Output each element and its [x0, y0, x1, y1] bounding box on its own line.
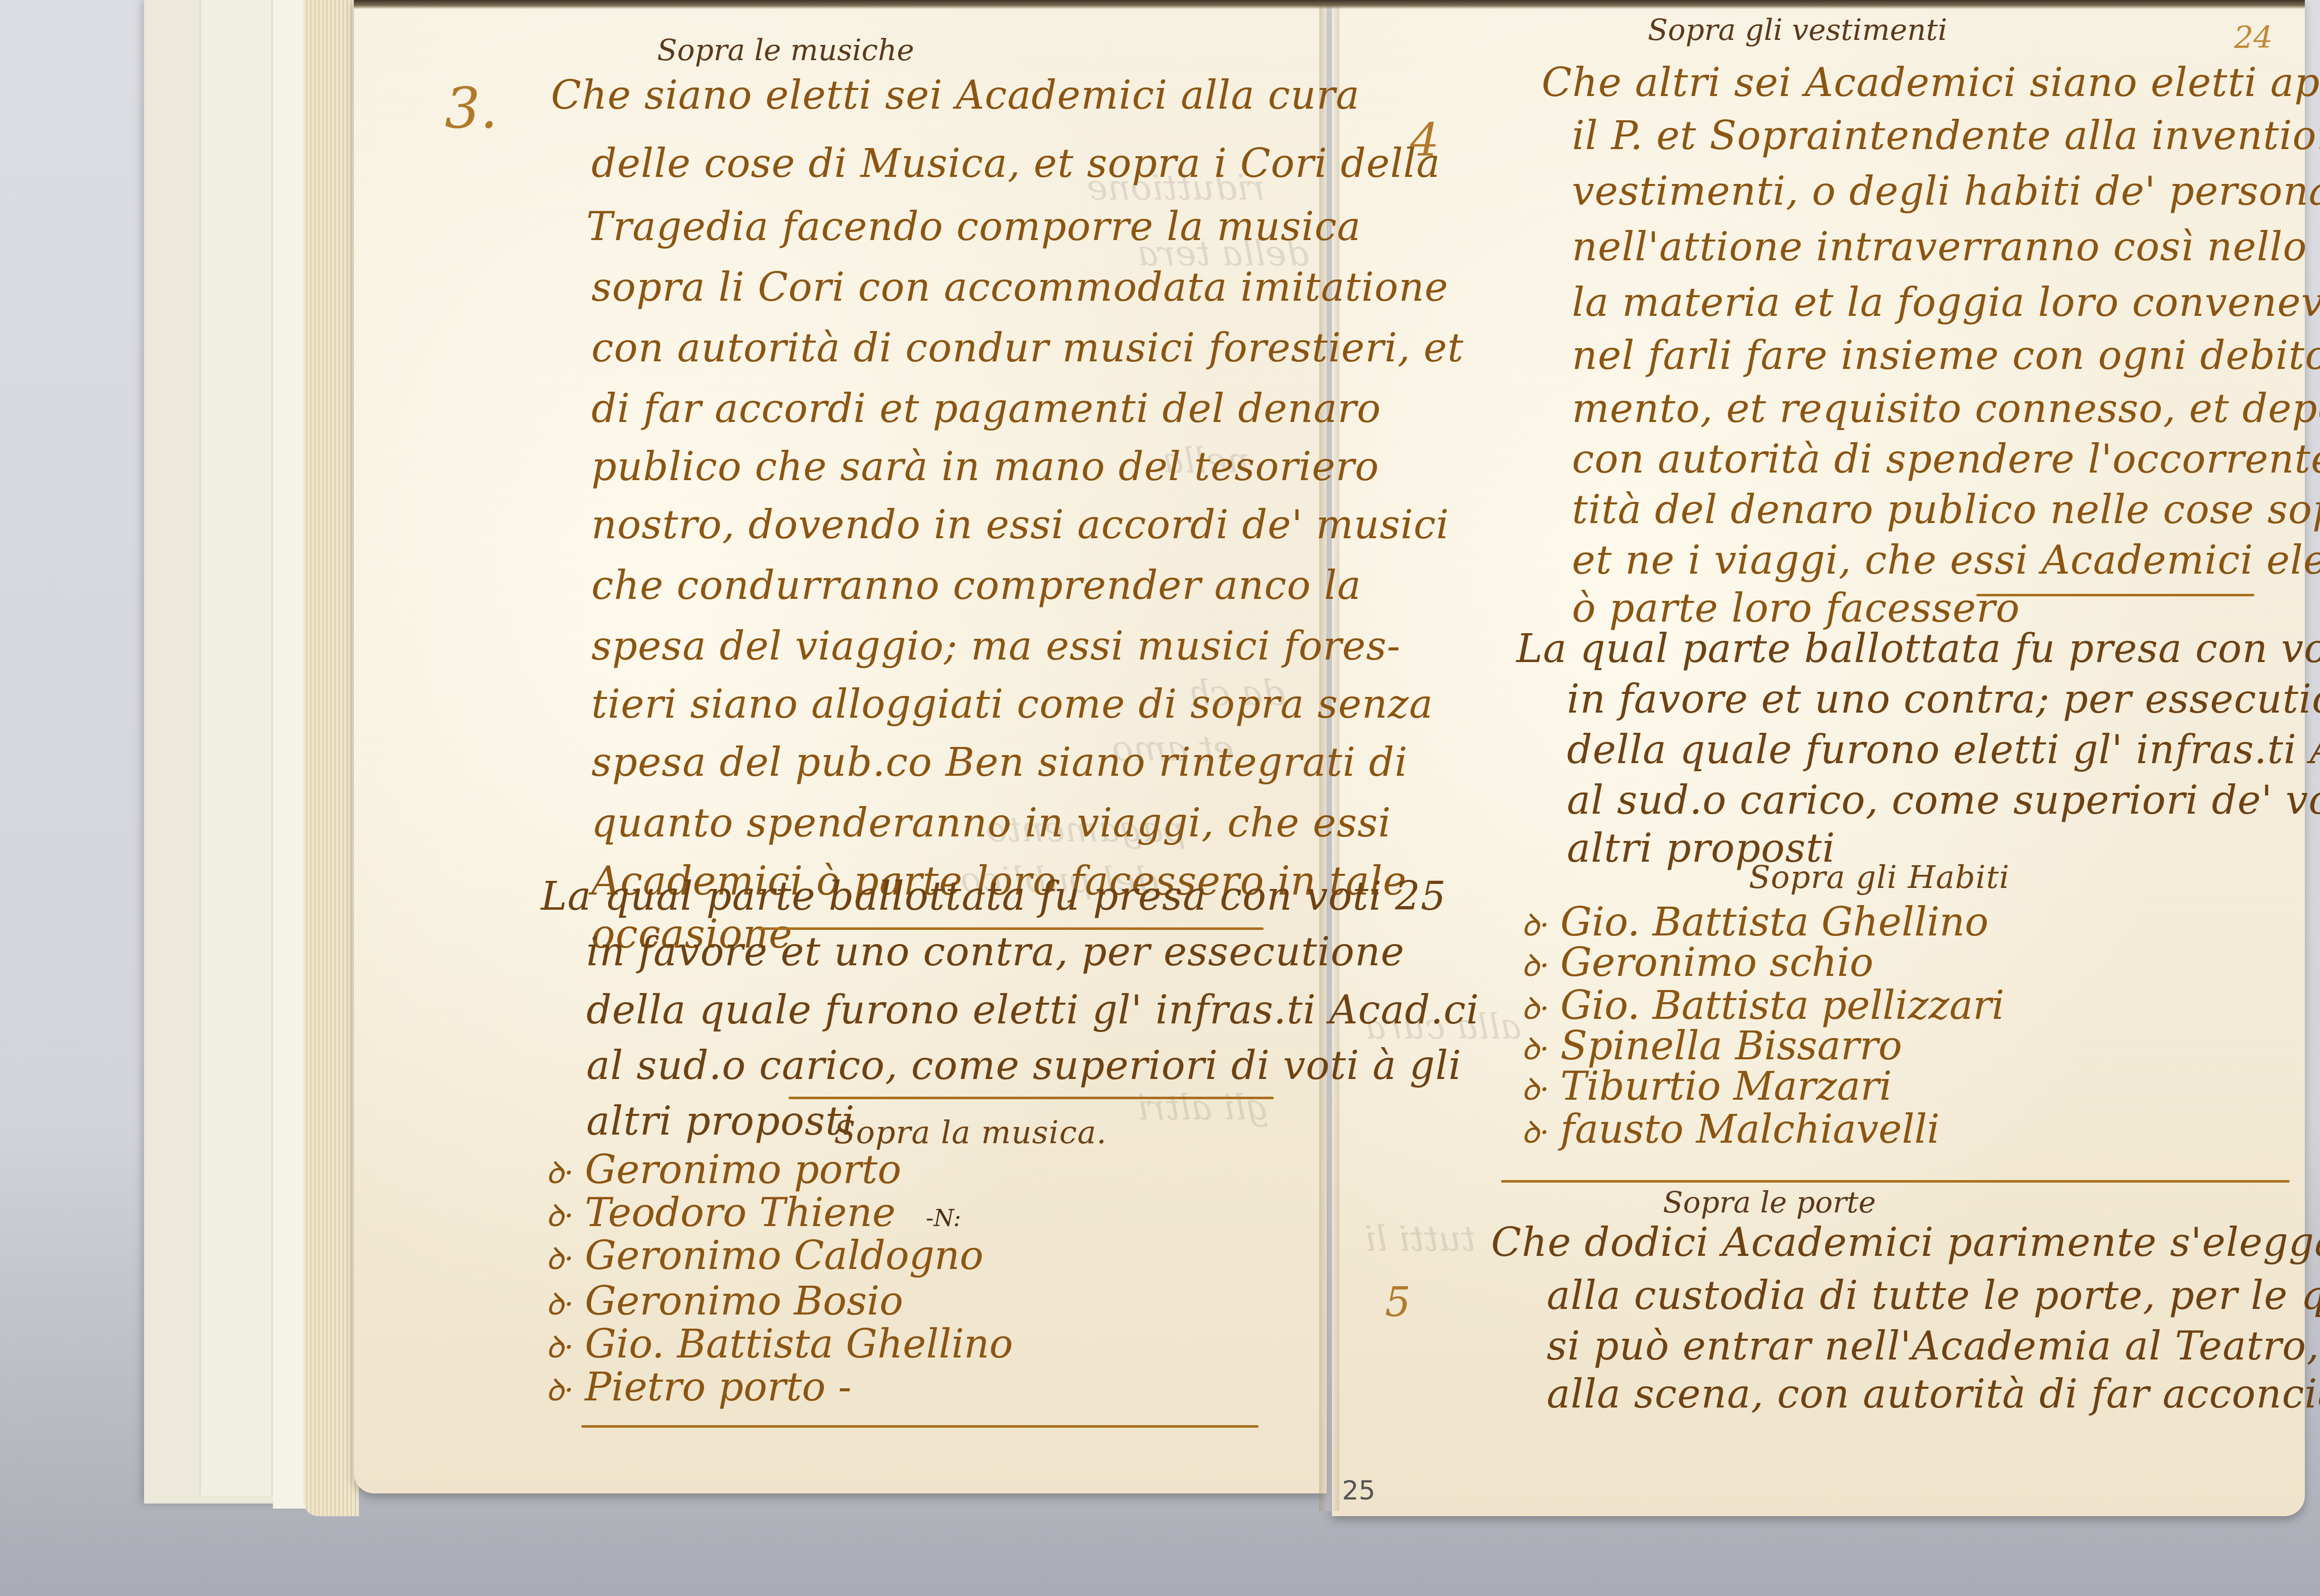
member-list-item: ꝺ· Geronimo Bosio	[546, 1279, 903, 1324]
left-para-line: Tragedia facendo comporre la musica	[586, 207, 1361, 247]
bullet-mark-icon: ꝺ·	[546, 1282, 574, 1324]
folio-number: 24	[2234, 20, 2272, 56]
right-para-line: con autorità di spendere l'occorrente qu…	[1572, 440, 2320, 479]
member-list-item: ꝺ· Teodoro Thiene -N:	[546, 1190, 961, 1236]
left-vote-line: al sud.o carico, come superiori di voti …	[586, 1046, 1462, 1086]
bullet-mark-icon: ꝺ·	[1521, 903, 1549, 945]
bullet-mark-icon: ꝺ·	[1521, 1027, 1549, 1068]
left-para-line: nostro, dovendo in essi accordi de' musi…	[591, 505, 1449, 545]
member-name: Geronimo Caldogno	[585, 1233, 984, 1279]
right-vote-line: della quale furono eletti gl' infras.ti …	[1567, 730, 2320, 770]
member-list-item: ꝺ· Geronimo Caldogno	[546, 1233, 984, 1279]
section5-line: alla scena, con autorità di far acconcia…	[1547, 1375, 2320, 1414]
right-header-note: Sopra gli vestimenti	[1648, 13, 1947, 47]
member-list-item: ꝺ· Gio. Battista Ghellino	[546, 1322, 1013, 1367]
member-name: Geronimo Bosio	[585, 1279, 903, 1324]
member-name: Pietro porto -	[585, 1365, 852, 1410]
bullet-mark-icon: ꝺ·	[1521, 944, 1549, 985]
book-endpaper	[200, 0, 272, 1496]
bleed-through-text: tutti li	[1365, 1218, 1475, 1259]
right-para-line: et ne i viaggi, che essi Academici elett…	[1572, 541, 2320, 580]
member-name: Spinella Bissarro	[1560, 1023, 1902, 1069]
member-name: Gio. Battista Ghellino	[1560, 900, 1988, 945]
left-para-line: spesa del viaggio; ma essi musici fores-	[591, 627, 1401, 666]
annotation-mark: -N:	[926, 1204, 961, 1232]
right-para-line: tità del denaro publico nelle cose sopra…	[1572, 490, 2320, 530]
section5-line: Che dodici Academici parimente s'eleggan…	[1491, 1223, 2320, 1262]
left-list-heading: Sopra la musica.	[834, 1117, 1107, 1148]
member-list-item: ꝺ· Geronimo porto	[546, 1147, 901, 1193]
right-para-line: vestimenti, o degli habiti de' personagg…	[1572, 172, 2320, 211]
bullet-mark-icon: ꝺ·	[1521, 1067, 1549, 1109]
member-list-item: ꝺ· Pietro porto -	[546, 1365, 852, 1410]
member-name: fausto Malchiavelli	[1560, 1107, 1939, 1152]
right-para-line: nel farli fare insieme con ogni debito o…	[1572, 336, 2320, 375]
left-para-line: Che siano eletti sei Academici alla cura	[551, 76, 1360, 115]
top-edge-shadow	[354, 0, 2305, 9]
bullet-mark-icon: ꝺ·	[546, 1237, 574, 1278]
bullet-mark-icon: ꝺ·	[1521, 987, 1549, 1028]
member-name: Tiburtio Marzari	[1560, 1064, 1892, 1109]
left-para-line: che condurranno comprender anco la	[591, 566, 1361, 605]
bullet-mark-icon: ꝺ·	[1521, 1110, 1549, 1152]
left-margin-number: 3.	[445, 76, 498, 140]
section-divider-rule	[1501, 1180, 2290, 1183]
left-vote-line: della quale furono eletti gl' infras.ti …	[586, 991, 1479, 1030]
section5-line: si può entrar nell'Academia al Teatro, e…	[1547, 1327, 2320, 1366]
right-vote-line: al sud.o carico, come superiori de' voti…	[1567, 781, 2320, 820]
right-para-line: ò parte loro facessero	[1572, 589, 2020, 628]
member-name: Teodoro Thiene	[585, 1190, 896, 1236]
member-list-item: ꝺ· Gio. Battista pellizzari	[1521, 983, 2004, 1028]
bullet-mark-icon: ꝺ·	[546, 1368, 574, 1410]
end-rule	[1976, 594, 2254, 596]
member-list-item: ꝺ· Gio. Battista Ghellino	[1521, 900, 1988, 945]
member-name: Gio. Battista pellizzari	[1560, 983, 2004, 1028]
right-vote-line: in favore et uno contra; per essecutione	[1567, 680, 2320, 719]
section5-margin-number: 5	[1385, 1279, 1411, 1326]
bullet-mark-icon: ꝺ·	[546, 1194, 574, 1235]
left-para-line: spesa del pub.co Ben siano rintegrati di	[591, 743, 1408, 782]
left-para-line: delle cose di Musica, et sopra i Cori de…	[591, 144, 1441, 183]
right-para-line: la materia et la foggia loro convenevole…	[1572, 283, 2320, 322]
member-name: Geronimo schio	[1560, 940, 1873, 985]
right-para-line: nell'attione intraverranno così nello st…	[1572, 227, 2320, 267]
left-para-line: sopra li Cori con accommodata imitatione	[591, 268, 1449, 307]
right-vote-line: La qual parte ballottata fu presa con vo…	[1516, 629, 2320, 669]
section5-header-note: Sopra le porte	[1663, 1185, 1876, 1219]
list-rule	[788, 1097, 1274, 1099]
left-para-line: di far accordi et pagamenti del denaro	[591, 389, 1381, 429]
left-vote-line: in favore et uno contra, per essecutione	[586, 932, 1405, 972]
left-para-line: publico che sarà in mano del tesoriero	[591, 447, 1379, 487]
right-para-line: il P. et Sopraintendente alla inventione…	[1572, 116, 2320, 156]
right-para-line: mento, et requisito connesso, et depende…	[1572, 389, 2320, 429]
left-para-line: con autorità di condur musici forestieri…	[591, 328, 1464, 368]
right-margin-number: 4	[1410, 114, 1439, 167]
right-para-line: Che altri sei Academici siano eletti app…	[1542, 63, 2320, 103]
left-para-line: tieri siano alloggiati come di sopra sen…	[591, 685, 1433, 724]
member-list-item: ꝺ· Spinella Bissarro	[1521, 1023, 1902, 1069]
section5-line: alla custodia di tutte le porte, per le …	[1547, 1276, 2320, 1316]
left-para-line: quanto spenderanno in viaggi, che essi	[591, 804, 1391, 843]
member-name: Geronimo porto	[585, 1147, 901, 1193]
member-list-item: ꝺ· Geronimo schio	[1521, 940, 1873, 985]
member-list-item: ꝺ· Tiburtio Marzari	[1521, 1064, 1892, 1109]
bullet-mark-icon: ꝺ·	[546, 1325, 574, 1367]
left-vote-line: La qual parte ballottata fu presa con vo…	[541, 877, 1446, 916]
member-name: Gio. Battista Ghellino	[585, 1322, 1013, 1367]
pencil-page-number: 25	[1342, 1476, 1375, 1506]
right-list-heading: Sopra gli Habiti	[1749, 862, 2010, 893]
list-end-rule	[581, 1425, 1259, 1428]
bullet-mark-icon: ꝺ·	[546, 1151, 574, 1192]
bleed-through-text: gli altri	[1137, 1087, 1269, 1128]
page-edges	[303, 0, 359, 1516]
member-list-item: ꝺ· fausto Malchiavelli	[1521, 1107, 1940, 1152]
left-header-note: Sopra le musiche	[657, 33, 914, 67]
left-vote-line: altri proposti	[586, 1102, 855, 1141]
